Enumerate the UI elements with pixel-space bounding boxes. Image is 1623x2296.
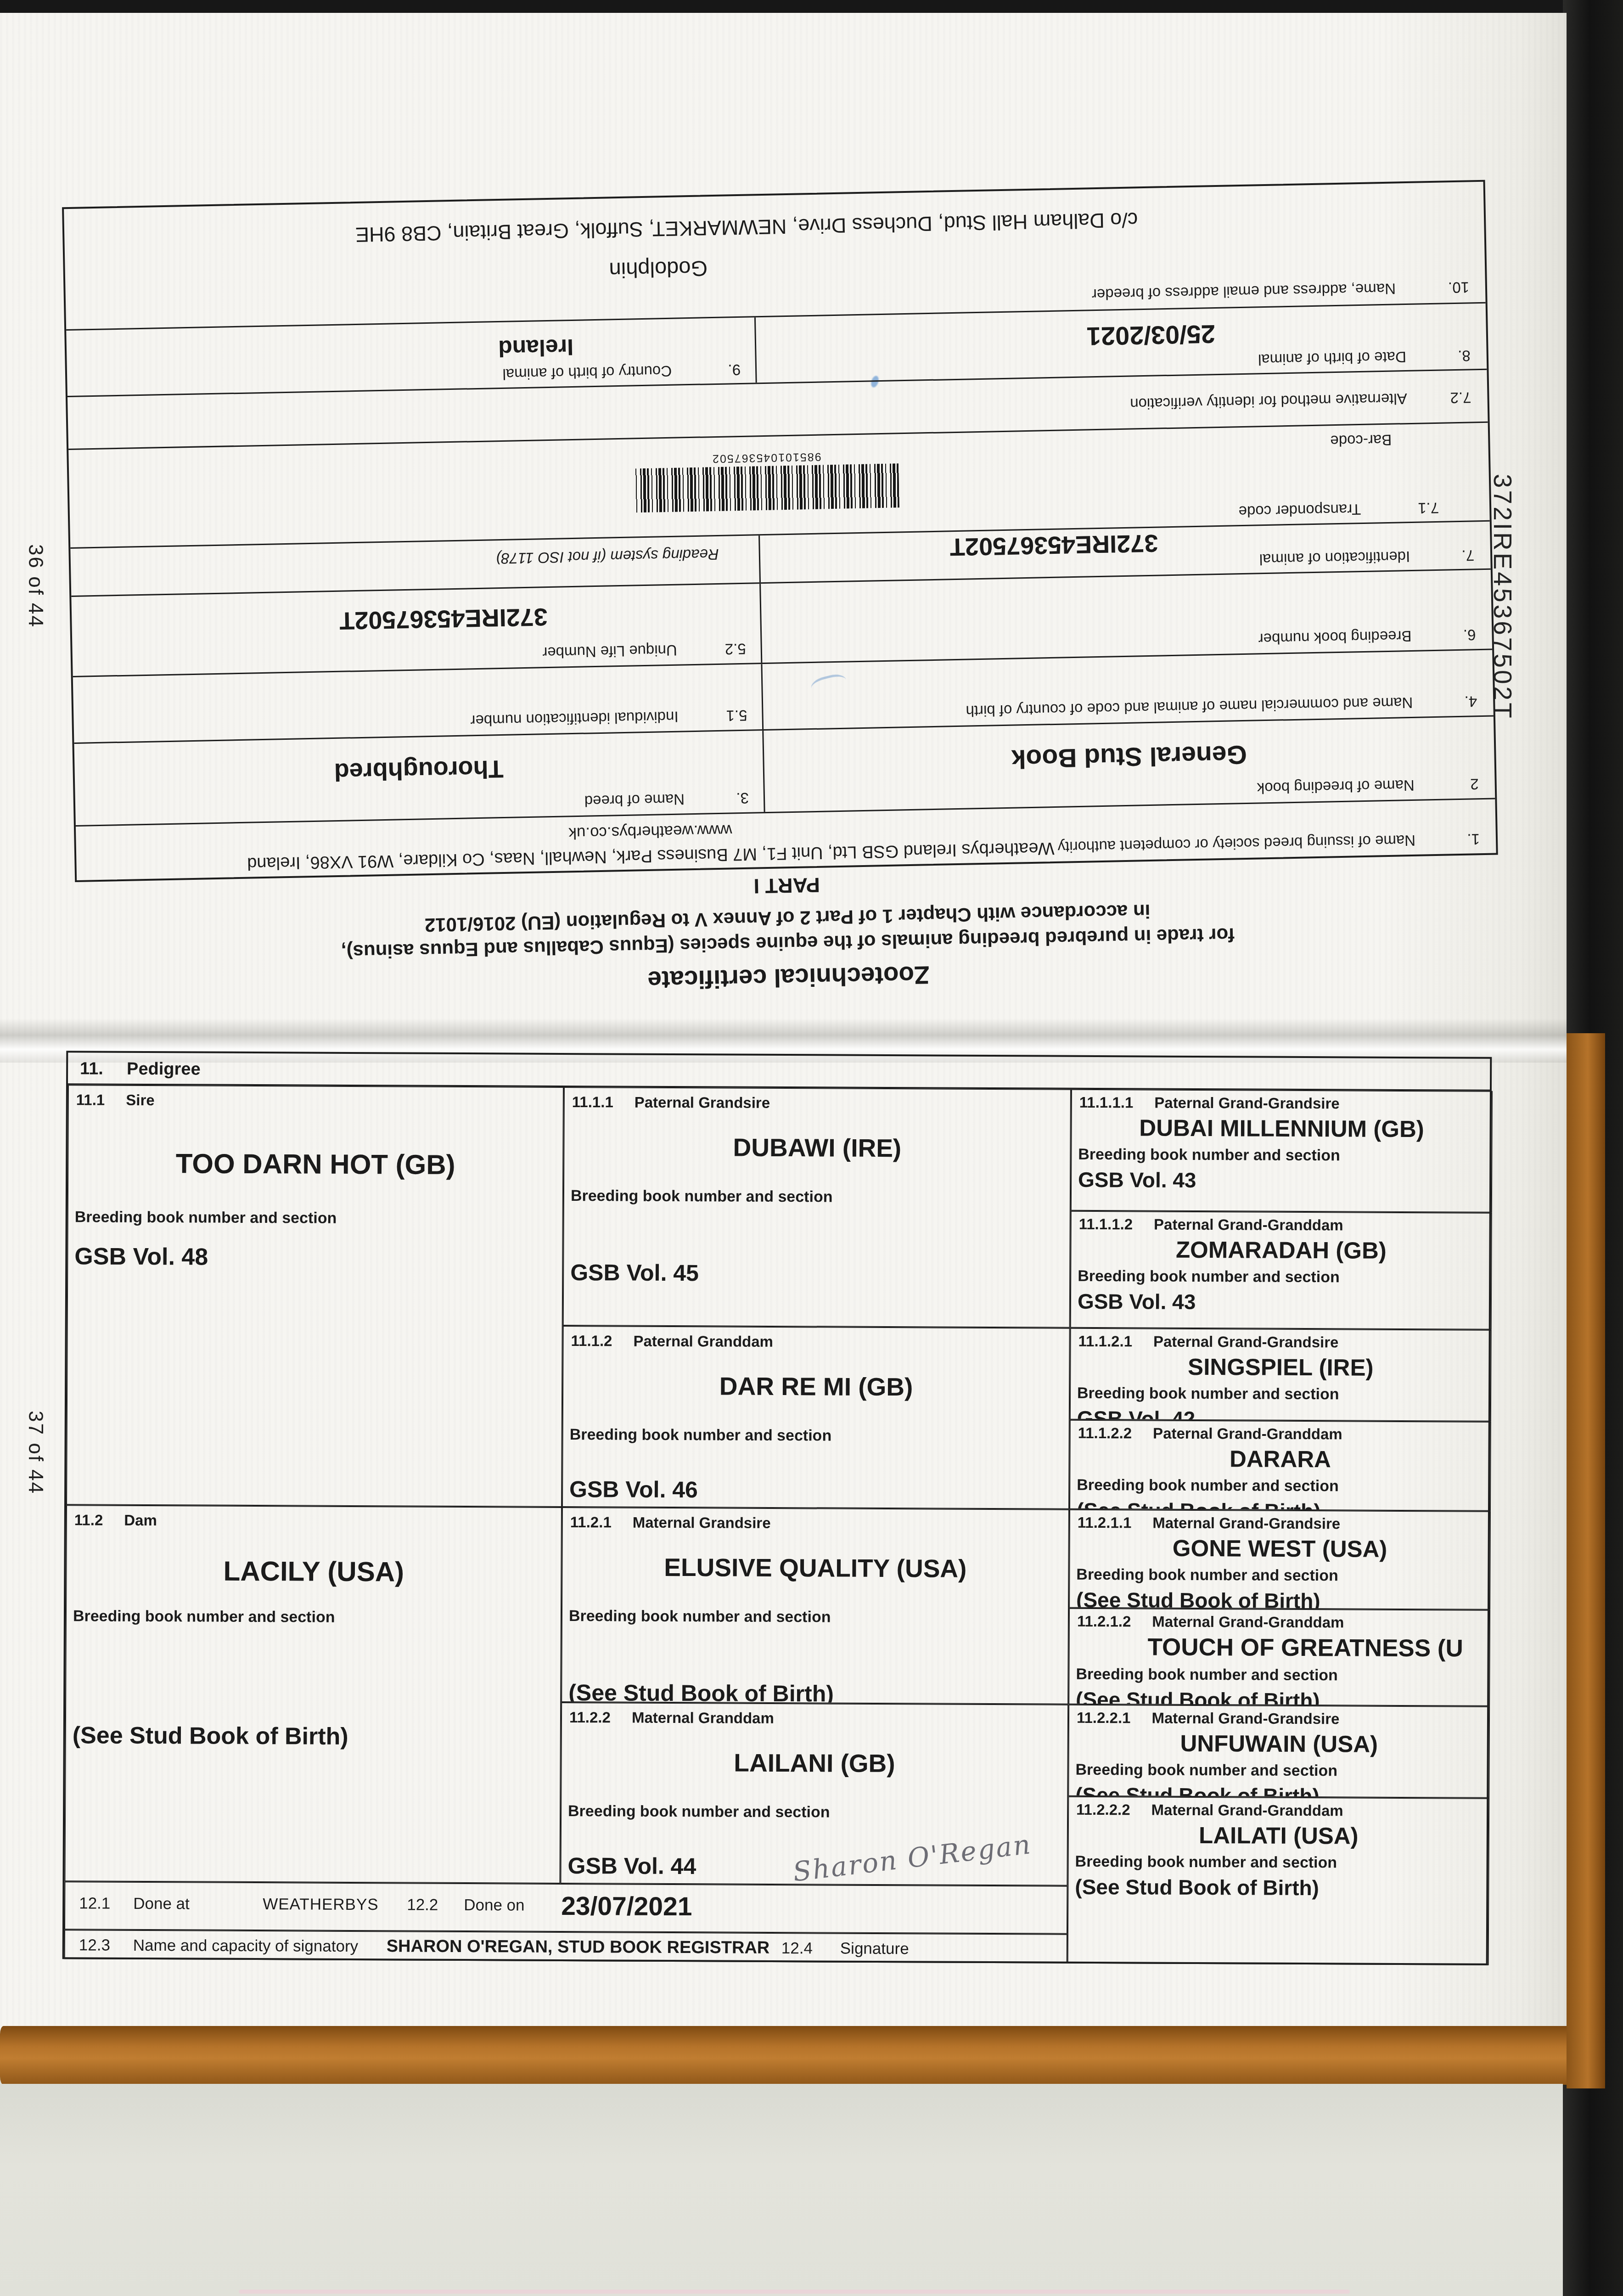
pedigree-cell-paternal-grand-grandsire-2: 11.1.2.1Paternal Grand-Grandsire SINGSPI…	[1070, 1328, 1492, 1422]
horse-name: DUBAI MILLENNIUM (GB)	[1072, 1114, 1491, 1143]
column-divider	[754, 317, 757, 383]
book-label: Breeding book number and section	[1077, 1384, 1490, 1404]
field-4-label: Name and commercial name of animal and c…	[816, 694, 1413, 723]
field-3-label: Name of breed	[584, 790, 685, 810]
book-label: Breeding book number and section	[75, 1208, 562, 1228]
pedigree-cell-dam: 11.2Dam LACILY (USA) Breeding book numbe…	[64, 1505, 562, 1884]
cell-role: Paternal Granddam	[633, 1333, 773, 1350]
cell-id: 11.2.2	[569, 1709, 611, 1726]
book-value: (See Stud Book of Birth)	[1075, 1783, 1488, 1798]
cell-id: 11.1.2.1	[1078, 1333, 1133, 1350]
cell-id: 11.2.1.2	[1077, 1613, 1131, 1630]
cell-role: Maternal Grandsire	[633, 1514, 771, 1531]
field-9-number: 9.	[728, 361, 741, 379]
field-6-number: 6.	[1463, 626, 1476, 644]
book-value: GSB Vol. 43	[1078, 1289, 1491, 1316]
field-3-number: 3.	[736, 789, 749, 807]
book-value: (See Stud Book of Birth)	[568, 1679, 1067, 1705]
book-label: Breeding book number and section	[1078, 1146, 1491, 1165]
field-123-label: Name and capacity of signatory	[133, 1936, 358, 1956]
field-121-number: 12.1	[79, 1894, 110, 1913]
book-label: Breeding book number and section	[571, 1187, 1070, 1207]
pedigree-cell-paternal-grand-granddam-1: 11.1.1.2Paternal Grand-Granddam ZOMARADA…	[1070, 1211, 1492, 1330]
cell-id: 11.1.2	[571, 1332, 612, 1349]
horse-name: LAILANI (GB)	[562, 1747, 1067, 1779]
field-52-value: 372IRE45367502T	[127, 598, 760, 639]
field-7-number: 7.	[1461, 546, 1474, 564]
book-value: (See Stud Book of Birth)	[73, 1722, 560, 1751]
field-2-value: General Stud Book	[764, 735, 1494, 779]
field-6-label: Breeding book number	[1258, 627, 1412, 647]
book-label: Breeding book number and section	[1076, 1666, 1489, 1685]
pedigree-cell-maternal-grand-granddam-2: 11.2.2.2Maternal Grand-Granddam LAILATI …	[1067, 1796, 1490, 1965]
cell-role: Paternal Grand-Grandsire	[1154, 1094, 1340, 1112]
horse-name: ELUSIVE QUALITY (USA)	[562, 1552, 1068, 1584]
book-label: Breeding book number and section	[569, 1607, 1068, 1627]
field-1-number: 1.	[1467, 830, 1480, 848]
pedigree-cell-paternal-grand-granddam-2: 11.1.2.2Paternal Grand-Granddam DARARA B…	[1069, 1420, 1491, 1511]
field-9-value: Ireland	[329, 331, 743, 365]
barcode-caption: Bar-code	[1330, 431, 1392, 450]
field-8-label: Date of birth of animal	[1258, 348, 1407, 368]
field-52-label: Unique Life Number	[542, 642, 677, 662]
field-9-label: Country of birth of animal	[502, 362, 672, 383]
book-label: Breeding book number and section	[1076, 1566, 1489, 1586]
horse-name: ZOMARADAH (GB)	[1071, 1236, 1491, 1265]
book-value: GSB Vol. 43	[1078, 1167, 1491, 1194]
field-122-label: Done on	[464, 1896, 525, 1915]
pedigree-section-label: Pedigree	[127, 1059, 201, 1080]
pedigree-cell-maternal-grand-granddam-1: 11.2.1.2Maternal Grand-Granddam TOUCH OF…	[1068, 1608, 1490, 1706]
field-71-label: Transponder code	[1238, 501, 1361, 520]
certificate-table: 1. Name of issuing breed society or comp…	[62, 180, 1498, 882]
field-121-value: WEATHERBYS	[263, 1895, 379, 1914]
cell-role: Maternal Grand-Granddam	[1151, 1801, 1343, 1819]
cell-role: Maternal Granddam	[632, 1709, 774, 1727]
horse-name: SINGSPIEL (IRE)	[1071, 1353, 1490, 1382]
horse-name: DARARA	[1070, 1445, 1490, 1474]
cell-id: 11.1.1	[572, 1093, 613, 1110]
cell-role: Maternal Grand-Grandsire	[1151, 1710, 1339, 1728]
cell-role: Dam	[124, 1512, 157, 1529]
field-124-label: Signature	[840, 1940, 909, 1958]
backdrop-top-edge	[0, 0, 1623, 14]
row-done-at-on: 12.1 Done at WEATHERBYS 12.2 Done on 23/…	[64, 1881, 1067, 1934]
field-10-value-breeder: Godolphin	[337, 251, 980, 288]
book-label: Breeding book number and section	[1078, 1267, 1491, 1287]
horse-name: LAILATI (USA)	[1069, 1821, 1488, 1850]
book-value: (See Stud Book of Birth)	[1075, 1874, 1488, 1901]
column-divider	[761, 664, 764, 729]
book-label: Breeding book number and section	[1075, 1853, 1488, 1873]
field-72-label: Alternative method for identity verifica…	[1130, 390, 1407, 413]
cell-id: 11.2.1.1	[1078, 1514, 1132, 1531]
field-10-value-address: c/o Dalham Hall Stud, Duchess Drive, NEW…	[78, 203, 1415, 252]
certificate-part1-flipped: Zootechnical certificate for trade in pu…	[31, 62, 1593, 1052]
field-123-value: SHARON O'REGAN, STUD BOOK REGISTRAR	[387, 1936, 770, 1958]
desk-pink-line	[239, 2290, 1350, 2294]
field-3-value: Thoroughbred	[74, 749, 763, 791]
book-label: Breeding book number and section	[570, 1426, 1069, 1446]
book-value: GSB Vol. 46	[569, 1476, 1068, 1505]
row-signatory: 12.3 Name and capacity of signatory SHAR…	[64, 1930, 1067, 1964]
pedigree-cell-paternal-granddam: 11.1.2Paternal Granddam DAR RE MI (GB) B…	[562, 1326, 1070, 1509]
field-2-label: Name of breeding book	[1257, 777, 1415, 797]
field-10-label: Name, address and email address of breed…	[1092, 280, 1396, 303]
cell-id: 11.2	[74, 1511, 103, 1528]
field-10-number: 10.	[1448, 278, 1470, 296]
book-value: GSB Vol. 48	[74, 1243, 562, 1272]
field-52-number: 5.2	[725, 640, 747, 658]
field-123-number: 12.3	[79, 1936, 110, 1954]
pedigree-cell-maternal-grand-grandsire-1: 11.2.1.1Maternal Grand-Grandsire GONE WE…	[1069, 1509, 1491, 1610]
field-124-number: 12.4	[781, 1939, 813, 1958]
book-value: GSB Vol. 45	[570, 1259, 1069, 1288]
cell-role: Sire	[126, 1092, 155, 1109]
book-label: Breeding book number and section	[568, 1802, 1067, 1823]
cell-id: 11.1	[76, 1091, 105, 1108]
cell-role: Paternal Grand-Grandsire	[1153, 1333, 1339, 1351]
page-number-bottom: 37 of 44	[24, 1411, 47, 1495]
pedigree-cell-maternal-grandsire: 11.2.1Maternal Grandsire ELUSIVE QUALITY…	[561, 1507, 1069, 1705]
cell-id: 11.1.1.2	[1079, 1216, 1133, 1233]
pedigree-cell-paternal-grand-grandsire-1: 11.1.1.1Paternal Grand-Grandsire DUBAI M…	[1071, 1089, 1493, 1213]
cell-role: Paternal Grand-Granddam	[1154, 1216, 1343, 1234]
horse-name: LACILY (USA)	[67, 1554, 561, 1588]
cell-id: 11.2.2.2	[1076, 1801, 1130, 1818]
field-2-number: 2	[1470, 775, 1479, 793]
pedigree-cell-maternal-grand-grandsire-2: 11.2.2.1Maternal Grand-Grandsire UNFUWAI…	[1068, 1705, 1490, 1798]
barcode-image	[635, 463, 899, 512]
horse-name: DUBAWI (IRE)	[564, 1132, 1070, 1164]
book-label: Breeding book number and section	[1077, 1476, 1490, 1496]
cell-id: 11.2.2.1	[1077, 1709, 1131, 1727]
horse-name: DAR RE MI (GB)	[563, 1371, 1069, 1402]
horse-name: TOUCH OF GREATNESS (U	[1070, 1633, 1489, 1663]
cell-id: 11.1.2.2	[1078, 1424, 1132, 1442]
book-value: GSB Vol. 42	[1077, 1406, 1490, 1422]
cell-role: Maternal Grand-Granddam	[1152, 1613, 1344, 1631]
horse-name: TOO DARN HOT (GB)	[68, 1147, 562, 1181]
cell-role: Maternal Grand-Grandsire	[1152, 1514, 1340, 1532]
field-8-number: 8.	[1458, 347, 1471, 365]
certificate-heading: Zootechnical certificate for trade in pu…	[180, 860, 1395, 1006]
cell-role: Paternal Grandsire	[635, 1094, 770, 1111]
horse-name: GONE WEST (USA)	[1070, 1534, 1490, 1563]
pedigree-cell-paternal-grandsire: 11.1.1Paternal Grandsire DUBAWI (IRE) Br…	[563, 1087, 1071, 1328]
column-divider	[758, 535, 761, 582]
horse-name: UNFUWAIN (USA)	[1069, 1729, 1489, 1758]
pedigree-header: 11. Pedigree	[68, 1052, 1490, 1091]
pedigree-table: 11. Pedigree 11.1Sire TOO DARN HOT (GB) …	[62, 1051, 1492, 1965]
book-label: Breeding book number and section	[73, 1607, 561, 1627]
cell-id: 11.2.1	[570, 1514, 612, 1531]
field-121-label: Done at	[133, 1895, 190, 1913]
cell-id: 11.1.1.1	[1079, 1094, 1134, 1111]
field-4-number: 4.	[1464, 692, 1477, 710]
field-122-number: 12.2	[407, 1896, 438, 1914]
book-value: (See Stud Book of Birth)	[1076, 1687, 1489, 1706]
field-71-number: 7.1	[1418, 499, 1439, 517]
field-122-value: 23/07/2021	[561, 1891, 692, 1922]
book-edge-right	[1567, 1033, 1605, 2088]
field-51-number: 5.1	[726, 707, 747, 725]
pedigree-cell-sire: 11.1Sire TOO DARN HOT (GB) Breeding book…	[66, 1085, 564, 1507]
field-72-number: 7.2	[1450, 388, 1471, 406]
book-value: (See Stud Book of Birth)	[1076, 1587, 1489, 1610]
book-label: Breeding book number and section	[1075, 1761, 1488, 1781]
field-51-label: Individual identification number	[470, 708, 679, 730]
desk-surface	[0, 2084, 1563, 2296]
cell-role: Paternal Grand-Granddam	[1153, 1425, 1342, 1443]
pedigree-section-number: 11.	[80, 1059, 103, 1079]
field-7-reading-system-label: Reading system (if not ISO 1178)	[496, 546, 719, 567]
book-edge-bottom	[0, 2026, 1589, 2085]
